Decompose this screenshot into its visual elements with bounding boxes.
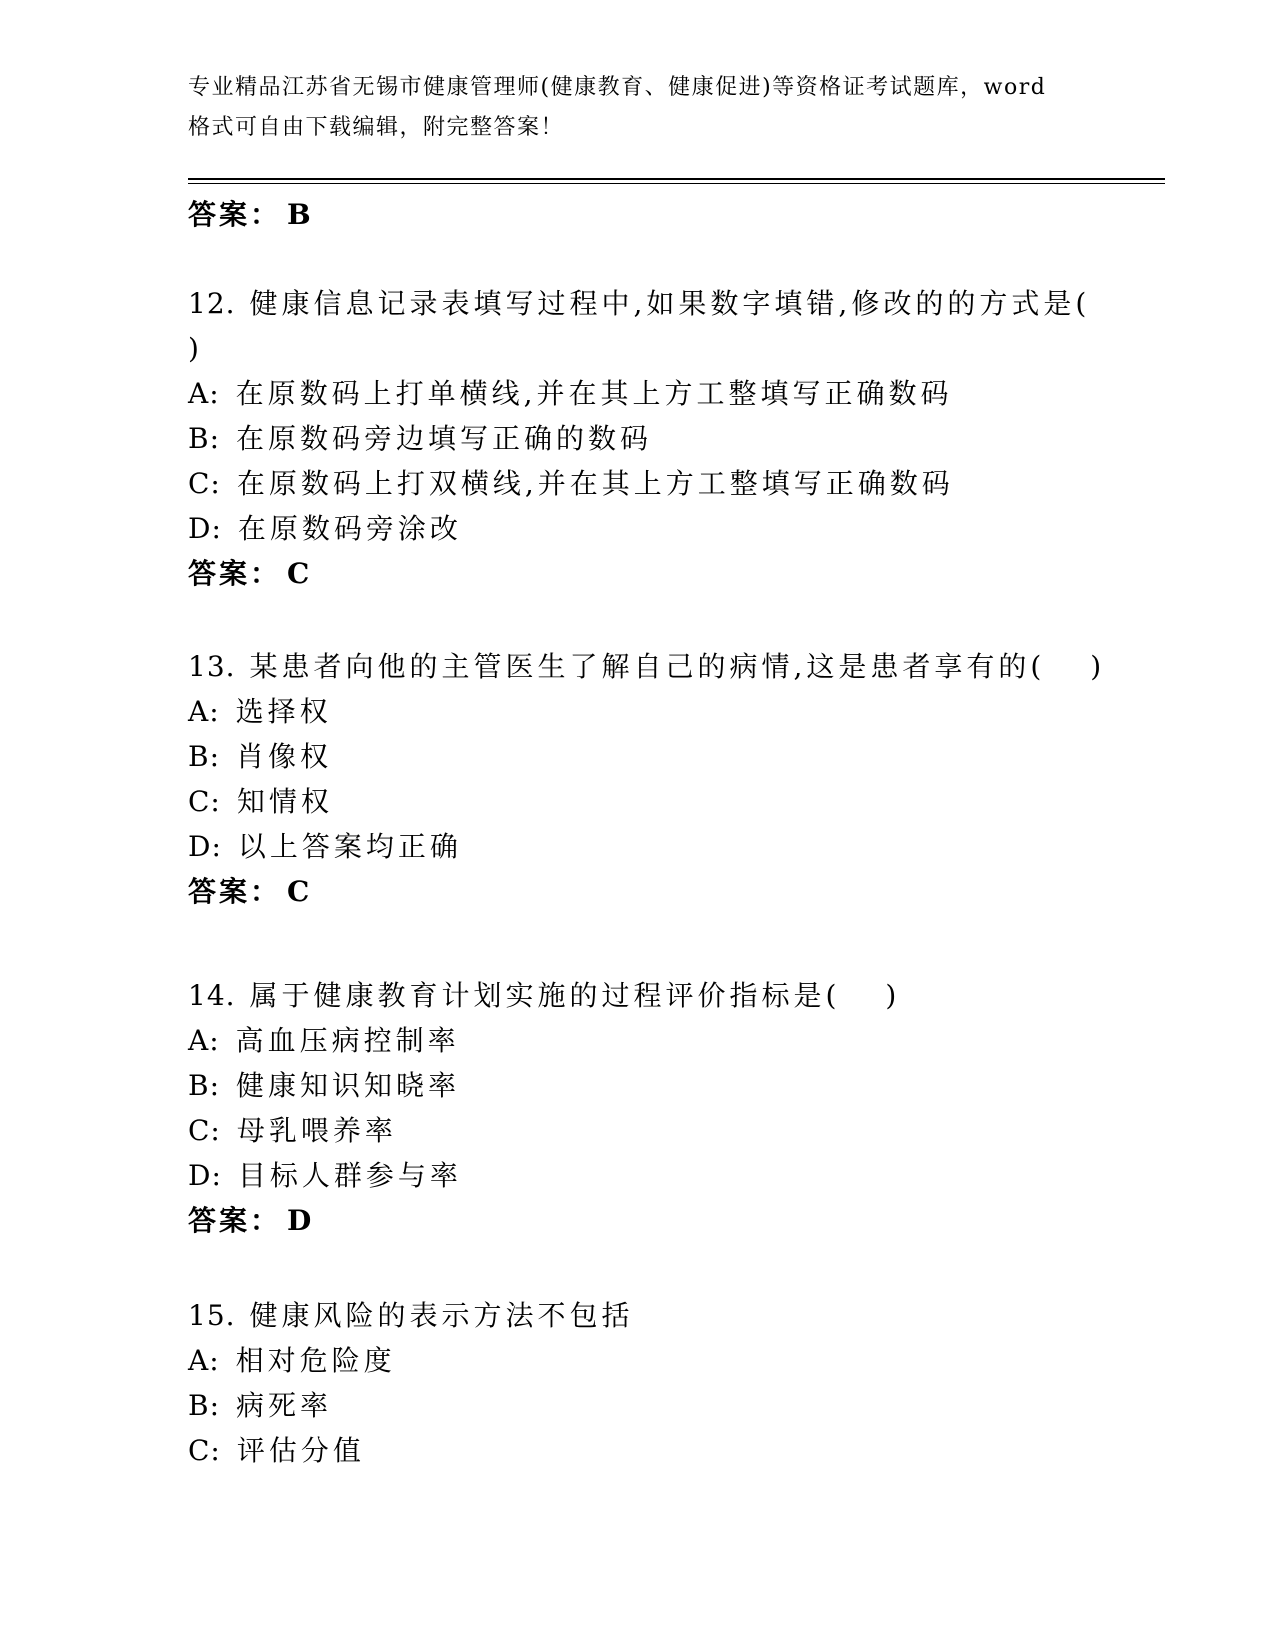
- option-text: 健康知识知晓率: [236, 1069, 460, 1102]
- header-note: 专业精品江苏省无锡市健康管理师(健康教育、健康促进)等资格证考试题库，word …: [188, 68, 1165, 148]
- question-line: 13.某患者向他的主管医生了解自己的病情,这是患者享有的( ): [188, 644, 1165, 689]
- option-text: 母乳喂养率: [237, 1114, 397, 1147]
- question-line: 12.健康信息记录表填写过程中,如果数字填错,修改的的方式是(: [188, 281, 1165, 326]
- question-block-15: 15.健康风险的表示方法不包括 A:相对危险度 B:病死率 C:评估分值: [188, 1293, 1165, 1473]
- option-label: B:: [188, 734, 220, 779]
- option-label: D:: [188, 506, 222, 551]
- option-line: A:选择权: [188, 689, 1165, 734]
- option-label: C:: [188, 1428, 221, 1473]
- answer-label: 答案：: [188, 1204, 281, 1237]
- option-label: A:: [188, 1338, 220, 1383]
- option-label: A:: [188, 371, 220, 416]
- option-line: A:相对危险度: [188, 1338, 1165, 1383]
- question-text: 某患者向他的主管医生了解自己的病情,这是患者享有的( ): [250, 650, 1106, 683]
- document-page: 专业精品江苏省无锡市健康管理师(健康教育、健康促进)等资格证考试题库，word …: [0, 0, 1275, 1650]
- answer-line: 答案：D: [188, 1198, 1165, 1243]
- question-text: 健康风险的表示方法不包括: [250, 1299, 634, 1332]
- question-line: 15.健康风险的表示方法不包括: [188, 1293, 1165, 1338]
- double-rule-divider: [188, 178, 1165, 184]
- option-line: D:目标人群参与率: [188, 1153, 1165, 1198]
- option-text: 在原数码上打单横线,并在其上方工整填写正确数码: [236, 377, 953, 410]
- question-text-continuation: ): [188, 326, 1165, 371]
- option-text: 在原数码上打双横线,并在其上方工整填写正确数码: [237, 467, 954, 500]
- question-number: 15.: [188, 1299, 236, 1332]
- question-block-12: 12.健康信息记录表填写过程中,如果数字填错,修改的的方式是( ) A:在原数码…: [188, 281, 1165, 596]
- option-label: B:: [188, 1063, 220, 1108]
- option-line: B:在原数码旁边填写正确的数码: [188, 416, 1165, 461]
- option-line: C:在原数码上打双横线,并在其上方工整填写正确数码: [188, 461, 1165, 506]
- answer-value: D: [287, 1204, 312, 1237]
- option-text: 相对危险度: [236, 1344, 396, 1377]
- option-line: C:母乳喂养率: [188, 1108, 1165, 1153]
- answer-label: 答案：: [188, 557, 281, 590]
- option-line: D:在原数码旁涂改: [188, 506, 1165, 551]
- option-label: D:: [188, 1153, 222, 1198]
- option-label: D:: [188, 824, 222, 869]
- option-text: 高血压病控制率: [236, 1024, 460, 1057]
- header-note-line2: 格式可自由下载编辑，附完整答案！: [188, 108, 1165, 148]
- option-label: A:: [188, 1018, 220, 1063]
- answer-line: 答案：B: [188, 192, 1165, 237]
- option-line: B:病死率: [188, 1383, 1165, 1428]
- question-text: 健康信息记录表填写过程中,如果数字填错,修改的的方式是(: [250, 287, 1091, 320]
- option-text: 知情权: [237, 785, 333, 818]
- answer-label: 答案：: [188, 198, 281, 231]
- answer-line: 答案：C: [188, 551, 1165, 596]
- option-line: B:健康知识知晓率: [188, 1063, 1165, 1108]
- option-label: C:: [188, 1108, 221, 1153]
- answer-value: C: [287, 557, 310, 590]
- question-number: 13.: [188, 650, 236, 683]
- option-label: C:: [188, 779, 221, 824]
- option-line: C:评估分值: [188, 1428, 1165, 1473]
- question-number: 14.: [188, 979, 236, 1012]
- option-line: B:肖像权: [188, 734, 1165, 779]
- header-note-line1: 专业精品江苏省无锡市健康管理师(健康教育、健康促进)等资格证考试题库，word: [188, 68, 1165, 108]
- answer-line: 答案：C: [188, 869, 1165, 914]
- option-text: 选择权: [236, 695, 332, 728]
- option-text: 以上答案均正确: [238, 830, 462, 863]
- option-line: D:以上答案均正确: [188, 824, 1165, 869]
- question-block-14: 14.属于健康教育计划实施的过程评价指标是( ) A:高血压病控制率 B:健康知…: [188, 973, 1165, 1243]
- answer-value: C: [287, 875, 310, 908]
- option-line: A:在原数码上打单横线,并在其上方工整填写正确数码: [188, 371, 1165, 416]
- answer-label: 答案：: [188, 875, 281, 908]
- answer-value: B: [287, 198, 312, 231]
- question-line: 14.属于健康教育计划实施的过程评价指标是( ): [188, 973, 1165, 1018]
- option-text: 在原数码旁涂改: [238, 512, 462, 545]
- option-label: B:: [188, 416, 220, 461]
- option-text: 肖像权: [236, 740, 332, 773]
- option-label: B:: [188, 1383, 220, 1428]
- question-text: 属于健康教育计划实施的过程评价指标是( ): [250, 979, 901, 1012]
- option-label: C:: [188, 461, 221, 506]
- option-text: 目标人群参与率: [238, 1159, 462, 1192]
- option-text: 病死率: [236, 1389, 332, 1422]
- option-text: 在原数码旁边填写正确的数码: [236, 422, 652, 455]
- option-text: 评估分值: [237, 1434, 365, 1467]
- question-number: 12.: [188, 287, 236, 320]
- option-line: C:知情权: [188, 779, 1165, 824]
- option-label: A:: [188, 689, 220, 734]
- option-line: A:高血压病控制率: [188, 1018, 1165, 1063]
- question-block-13: 13.某患者向他的主管医生了解自己的病情,这是患者享有的( ) A:选择权 B:…: [188, 644, 1165, 914]
- page-content: 专业精品江苏省无锡市健康管理师(健康教育、健康促进)等资格证考试题库，word …: [0, 0, 1275, 1473]
